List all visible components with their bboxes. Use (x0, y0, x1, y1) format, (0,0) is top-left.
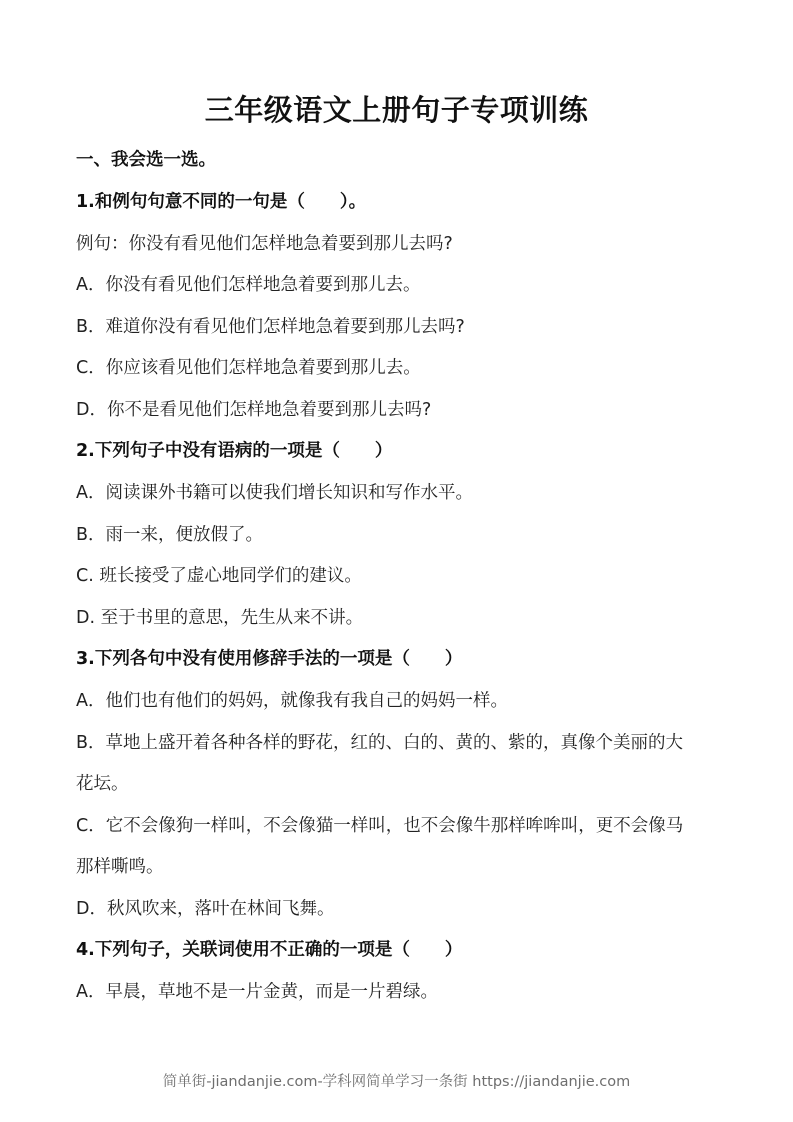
page-footer: 简单街-jiandanjie.com-学科网简单学习一条街 https://ji… (0, 1070, 793, 1091)
question-3-option-d: D．秋风吹来，落叶在林间飞舞。 (76, 897, 334, 921)
page-title: 三年级语文上册句子专项训练 (0, 88, 793, 129)
question-3-option-b: B．草地上盛开着各种各样的野花，红的、白的、黄的、紫的，真像个美丽的大 (76, 731, 683, 755)
question-2-option-c: C. 班长接受了虚心地同学们的建议。 (76, 564, 362, 588)
question-2-stem: 2.下列句子中没有语病的一项是（ ） (76, 439, 392, 463)
question-1-option-d: D．你不是看见他们怎样地急着要到那儿去吗? (76, 398, 431, 422)
question-1-example: 例句：你没有看见他们怎样地急着要到那儿去吗? (76, 232, 453, 256)
question-2-option-a: A．阅读课外书籍可以使我们增长知识和写作水平。 (76, 481, 473, 505)
question-2-option-b: B．雨一来，便放假了。 (76, 523, 263, 547)
question-1-option-c: C．你应该看见他们怎样地急着要到那儿去。 (76, 356, 421, 380)
question-3-option-b-cont: 花坛。 (76, 772, 129, 796)
question-2-option-d: D. 至于书里的意思，先生从来不讲。 (76, 606, 363, 630)
question-3-option-c-cont: 那样嘶鸣。 (76, 855, 164, 879)
question-1-stem: 1.和例句句意不同的一句是（ ）。 (76, 190, 366, 214)
section-heading: 一、我会选一选。 (76, 148, 216, 172)
question-4-stem: 4.下列句子，关联词使用不正确的一项是（ ） (76, 938, 462, 962)
question-3-option-a: A．他们也有他们的妈妈，就像我有我自己的妈妈一样。 (76, 689, 508, 713)
question-1-option-a: A．你没有看见他们怎样地急着要到那儿去。 (76, 273, 420, 297)
question-3-stem: 3.下列各句中没有使用修辞手法的一项是（ ） (76, 647, 462, 671)
question-3-option-c: C．它不会像狗一样叫，不会像猫一样叫，也不会像牛那样哞哞叫，更不会像马 (76, 814, 683, 838)
question-4-option-a: A．早晨，草地不是一片金黄，而是一片碧绿。 (76, 980, 438, 1004)
question-1-option-b: B．难道你没有看见他们怎样地急着要到那儿去吗? (76, 315, 465, 339)
